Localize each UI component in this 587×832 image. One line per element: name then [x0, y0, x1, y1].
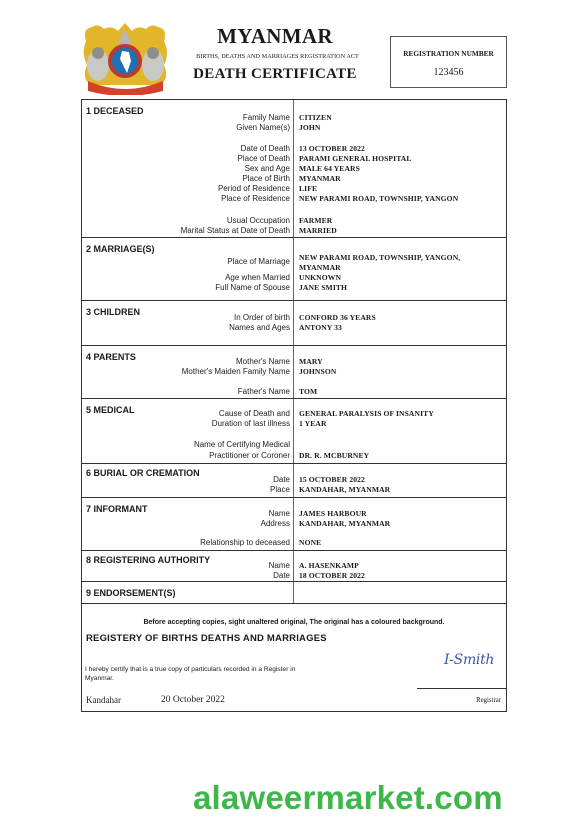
field-row: AddressKANDAHAR, MYANMAR: [82, 519, 506, 529]
field-label: Date: [273, 475, 290, 485]
field-row: Name of Certifying Medical: [82, 440, 506, 450]
field-row: Family NameCITIZEN: [82, 113, 506, 123]
field-label: Name of Certifying Medical: [194, 440, 290, 450]
field-row: NameA. HASENKAMP: [82, 561, 506, 571]
field-value: MARRIED: [299, 226, 337, 236]
field-label: Marital Status at Date of Death: [181, 226, 290, 236]
field-value: A. HASENKAMP: [299, 561, 359, 571]
section-registering-authority: 8 REGISTERING AUTHORITY NameA. HASENKAMP…: [82, 551, 506, 582]
registrar-label: Registrar: [476, 697, 501, 704]
field-row: Names and AgesANTONY 33: [82, 323, 506, 333]
field-row: Date18 OCTOBER 2022: [82, 571, 506, 581]
field-row: Sex and AgeMALE 64 YEARS: [82, 164, 506, 174]
field-label: Date of Death: [241, 144, 290, 154]
field-row: Place of BirthMYANMAR: [82, 174, 506, 184]
signature-line: [417, 688, 507, 689]
field-label: Name: [269, 561, 290, 571]
field-value-continued: MYANMAR: [299, 263, 341, 273]
field-label: Father's Name: [238, 387, 290, 397]
field-row: Mother's NameMARY: [82, 357, 506, 367]
section-informant: 7 INFORMANT NameJAMES HARBOUR AddressKAN…: [82, 498, 506, 551]
field-value: NEW PARAMI ROAD, TOWNSHIP, YANGON: [299, 194, 458, 204]
field-label: Place: [270, 485, 290, 495]
field-value: 1 YEAR: [299, 419, 327, 429]
field-value: 15 OCTOBER 2022: [299, 475, 365, 485]
registration-number-box: REGISTRATION NUMBER 123456: [390, 36, 507, 88]
field-label: Age when Married: [225, 273, 290, 283]
field-row: Period of ResidenceLIFE: [82, 184, 506, 194]
field-row: Full Name of SpouseJANE SMITH: [82, 283, 506, 293]
field-value: TOM: [299, 387, 317, 397]
field-value: CONFORD 36 YEARS: [299, 313, 376, 323]
field-value: JOHN: [299, 123, 321, 133]
section-title: 9 ENDORSEMENT(S): [86, 588, 176, 598]
certification-line: I hereby certify that is a true copy of …: [85, 665, 385, 674]
section-deceased: 1 DECEASED Family NameCITIZEN Given Name…: [82, 100, 506, 238]
field-label: Mother's Maiden Family Name: [182, 367, 290, 377]
field-value: JOHNSON: [299, 367, 336, 377]
field-row: Given Name(s)JOHN: [82, 123, 506, 133]
field-row: Father's NameTOM: [82, 387, 506, 397]
field-row: Date of Death13 OCTOBER 2022: [82, 144, 506, 154]
issue-date: 20 October 2022: [161, 695, 225, 705]
section-marriage: 2 MARRIAGE(S) Place of MarriageNEW PARAM…: [82, 238, 506, 301]
field-row: Usual OccupationFARMER: [82, 216, 506, 226]
section-endorsement: 9 ENDORSEMENT(S): [82, 582, 506, 604]
field-row: Place of ResidenceNEW PARAMI ROAD, TOWNS…: [82, 194, 506, 204]
registry-title: REGISTERY OF BIRTHS DEATHS AND MARRIAGES: [86, 633, 327, 644]
field-value: KANDAHAR, MYANMAR: [299, 519, 390, 529]
field-value: KANDAHAR, MYANMAR: [299, 485, 390, 495]
field-label: Mother's Name: [236, 357, 290, 367]
field-label: Relationship to deceased: [200, 538, 290, 548]
field-label: Place of Birth: [242, 174, 290, 184]
field-label: Full Name of Spouse: [215, 283, 290, 293]
field-label: Place of Residence: [221, 194, 290, 204]
field-row: Place of DeathPARAMI GENERAL HOSPITAL: [82, 154, 506, 164]
field-row: Marital Status at Date of DeathMARRIED: [82, 226, 506, 236]
field-value: MARY: [299, 357, 323, 367]
field-value: NONE: [299, 538, 321, 548]
section-burial: 6 BURIAL OR CREMATION Date15 OCTOBER 202…: [82, 464, 506, 498]
field-value: NEW PARAMI ROAD, TOWNSHIP, YANGON,: [299, 253, 460, 263]
certification-line: Myanmar.: [85, 674, 385, 683]
field-label: Names and Ages: [229, 323, 290, 333]
field-label: Duration of last illness: [212, 419, 290, 429]
field-label: Cause of Death and: [219, 409, 290, 419]
registrar-signature: I-Smith: [444, 652, 494, 668]
field-label: Sex and Age: [245, 164, 290, 174]
field-value: 18 OCTOBER 2022: [299, 571, 365, 581]
field-value: PARAMI GENERAL HOSPITAL: [299, 154, 412, 164]
field-label: Practitioner or Coroner: [209, 451, 290, 461]
field-value: DR. R. MCBURNEY: [299, 451, 369, 461]
certificate-body: 1 DECEASED Family NameCITIZEN Given Name…: [81, 99, 507, 712]
field-value: JANE SMITH: [299, 283, 347, 293]
field-value: JAMES HARBOUR: [299, 509, 367, 519]
field-value: FARMER: [299, 216, 332, 226]
field-label: Given Name(s): [236, 123, 290, 133]
field-label: Date: [273, 571, 290, 581]
field-row: Practitioner or CoronerDR. R. MCBURNEY: [82, 451, 506, 461]
watermark-text: alaweermarket.com: [193, 779, 503, 817]
section-parents: 4 PARENTS Mother's NameMARY Mother's Mai…: [82, 346, 506, 399]
field-value: GENERAL PARALYSIS OF INSANITY: [299, 409, 434, 419]
field-row: Relationship to deceasedNONE: [82, 538, 506, 548]
field-row: In Order of birthCONFORD 36 YEARS: [82, 313, 506, 323]
section-medical: 5 MEDICAL Cause of Death andGENERAL PARA…: [82, 399, 506, 464]
field-row: Age when MarriedUNKNOWN: [82, 273, 506, 283]
field-label: Name: [269, 509, 290, 519]
field-label: Address: [261, 519, 290, 529]
act-subtitle: BIRTHS, DEATHS AND MARRIAGES REGISTRATIO…: [170, 53, 385, 60]
field-row: Cause of Death andGENERAL PARALYSIS OF I…: [82, 409, 506, 419]
field-row: PlaceKANDAHAR, MYANMAR: [82, 485, 506, 495]
certification-statement: I hereby certify that is a true copy of …: [85, 665, 385, 683]
field-row: Duration of last illness1 YEAR: [82, 419, 506, 429]
field-label: Usual Occupation: [227, 216, 290, 226]
field-row: MYANMAR: [82, 263, 506, 273]
country-title: MYANMAR: [175, 24, 375, 49]
field-label: Place of Death: [238, 154, 290, 164]
field-value: 13 OCTOBER 2022: [299, 144, 365, 154]
field-value: MYANMAR: [299, 174, 341, 184]
registration-number-label: REGISTRATION NUMBER: [391, 49, 506, 58]
field-value: UNKNOWN: [299, 273, 341, 283]
field-value: ANTONY 33: [299, 323, 342, 333]
section-children: 3 CHILDREN In Order of birthCONFORD 36 Y…: [82, 301, 506, 346]
field-label: Period of Residence: [218, 184, 290, 194]
copy-warning-note: Before accepting copies, sight unaltered…: [82, 619, 506, 626]
field-value: LIFE: [299, 184, 317, 194]
state-seal-emblem-icon: [78, 21, 173, 95]
field-value: MALE 64 YEARS: [299, 164, 360, 174]
field-row: Place of MarriageNEW PARAMI ROAD, TOWNSH…: [82, 253, 506, 263]
field-row: NameJAMES HARBOUR: [82, 509, 506, 519]
document-type-title: DEATH CERTIFICATE: [175, 66, 375, 83]
field-label: Family Name: [243, 113, 290, 123]
field-value: CITIZEN: [299, 113, 332, 123]
registration-number-value: 123456: [391, 67, 506, 78]
field-label: In Order of birth: [234, 313, 290, 323]
issue-place: Kandahar: [86, 695, 121, 705]
field-row: Date15 OCTOBER 2022: [82, 475, 506, 485]
field-row: Mother's Maiden Family NameJOHNSON: [82, 367, 506, 377]
